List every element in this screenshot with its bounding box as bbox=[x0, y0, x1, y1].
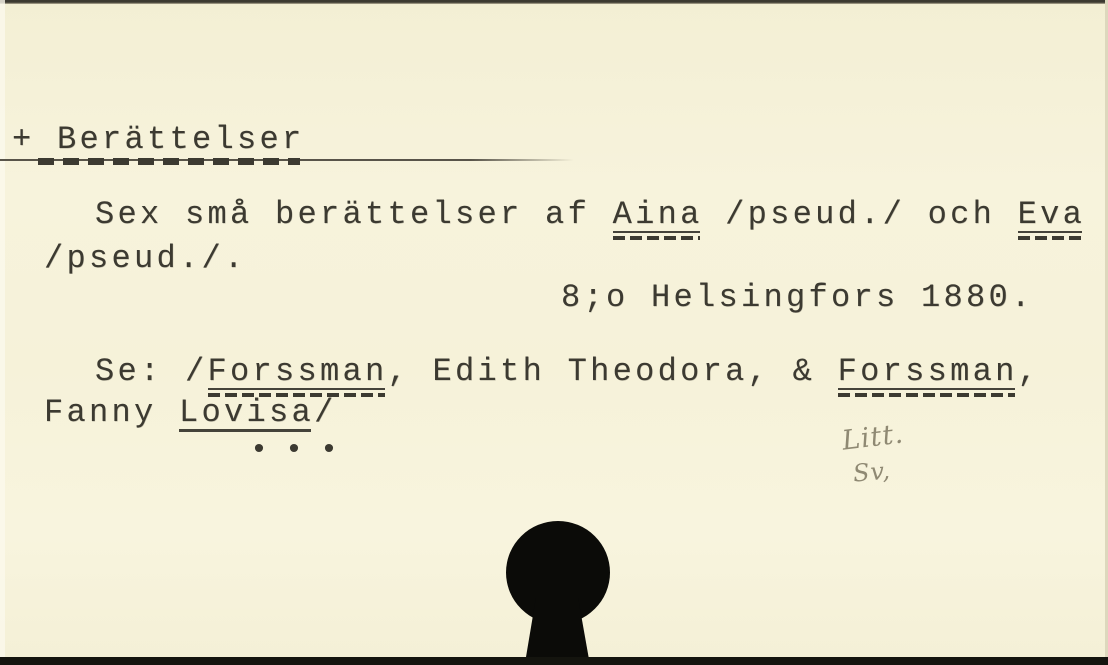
scan-edge-bottom bbox=[0, 657, 1108, 665]
scan-edge-top bbox=[0, 0, 1108, 4]
handwritten-litt-annotation: Litt. bbox=[841, 420, 906, 455]
reference-comma: , bbox=[1018, 353, 1041, 390]
title-statement-line1: Sex små berättelser af Aina /pseud./ och… bbox=[95, 198, 1085, 232]
scan-edge-left bbox=[0, 0, 5, 665]
title-text-mid: /pseud./ och bbox=[703, 196, 1018, 233]
see-label: Se: / bbox=[95, 353, 208, 390]
heading-underscore-dashes bbox=[38, 158, 300, 165]
card-heading: + Berättelser bbox=[12, 123, 305, 157]
author-surname-lovisa: Lovisa bbox=[179, 396, 314, 430]
imprint-line: 8;o Helsingfors 1880. bbox=[561, 281, 1034, 315]
see-reference-line1: Se: /Forssman, Edith Theodora, & Forssma… bbox=[95, 355, 1040, 389]
reference-slash: / bbox=[314, 394, 337, 431]
ellipsis-dots: ••• bbox=[250, 436, 355, 466]
title-text: Sex små berättelser af bbox=[95, 196, 613, 233]
handwritten-sv-annotation: Sv, bbox=[852, 456, 892, 487]
reference-mid: , Edith Theodora, & bbox=[388, 353, 838, 390]
pseudonym-eva: Eva bbox=[1018, 198, 1086, 232]
title-statement-line2: /pseud./. bbox=[44, 242, 247, 276]
author-forssman-edith: Forssman bbox=[208, 355, 388, 389]
author-forssman-fanny: Forssman bbox=[838, 355, 1018, 389]
pseudonym-aina: Aina bbox=[613, 198, 703, 232]
catalog-card: + Berättelser Sex små berättelser af Ain… bbox=[0, 0, 1108, 665]
see-reference-line2: Fanny Lovisa/ bbox=[44, 396, 337, 430]
reference-firstname: Fanny bbox=[44, 394, 179, 431]
